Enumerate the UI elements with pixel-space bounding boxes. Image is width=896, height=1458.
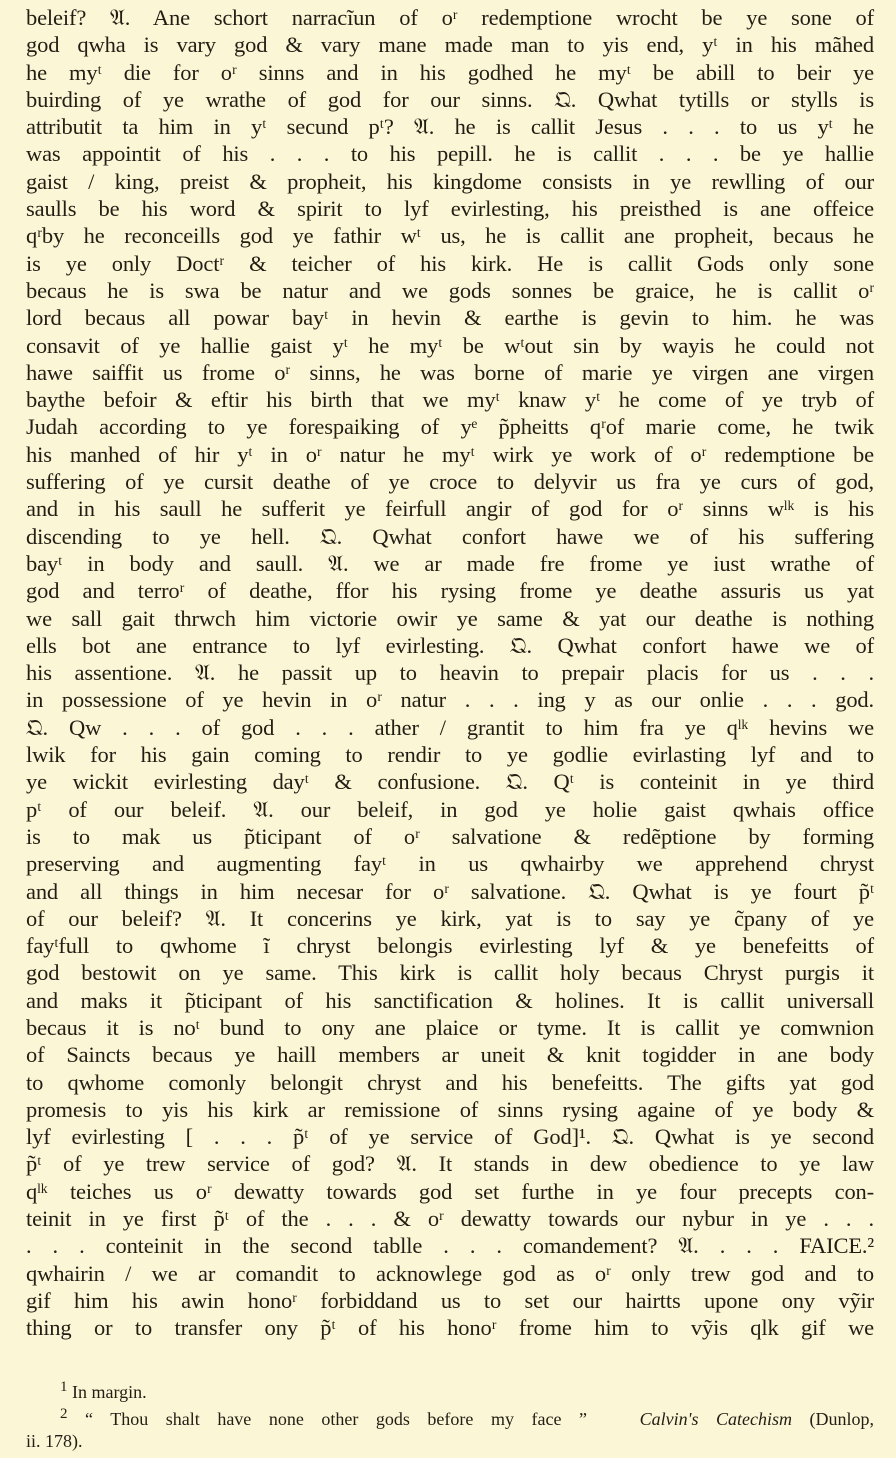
text-line: lord becaus all powar bayᵗ in hevin & ea… xyxy=(26,304,874,331)
text-line: we sall gait thrwch him victorie owir ye… xyxy=(26,605,874,632)
text-line: god qwha is vary god & vary mane made ma… xyxy=(26,31,874,58)
text-line: Judah according to ye forespaiking of yᵉ… xyxy=(26,413,874,440)
text-line: gaist / king, preist & propheit, his kin… xyxy=(26,168,874,195)
text-line: preserving and augmenting fayᵗ in us qwh… xyxy=(26,850,874,877)
text-line: gif him his awin honoʳ forbiddand us to … xyxy=(26,1287,874,1314)
text-line: god bestowit on ye same. This kirk is ca… xyxy=(26,959,874,986)
footnote-marker: 2 xyxy=(60,1406,68,1422)
footnotes: 1 In margin. 2 “ Thou shalt have none ot… xyxy=(26,1376,874,1452)
text-line: of Saincts becaus ye haill members ar un… xyxy=(26,1041,874,1068)
text-line: promesis to yis his kirk ar remissione o… xyxy=(26,1096,874,1123)
text-line: consavit of ye hallie gaist yᵗ he myᵗ be… xyxy=(26,332,874,359)
text-line: thing or to transfer ony p̃ᵗ of his hono… xyxy=(26,1314,874,1341)
text-line: is to mak us p̃ticipant of oʳ salvatione… xyxy=(26,823,874,850)
footnote-marker: 1 xyxy=(60,1379,68,1395)
text-line: lyf evirlesting [ . . . p̃ᵗ of ye servic… xyxy=(26,1123,874,1150)
text-line: attributit ta him in yᵗ secund pᵗ? 𝔄. he… xyxy=(26,113,874,140)
text-line: his assentione. 𝔄. he passit up to heavi… xyxy=(26,659,874,686)
text-line: hawe saiffit us frome oʳ sinns, he was b… xyxy=(26,359,874,386)
text-line: baythe befoir & eftir his birth that we … xyxy=(26,386,874,413)
footnote-text: “ Thou shalt have none other gods before… xyxy=(85,1409,587,1429)
text-line: and all things in him necesar for oʳ sal… xyxy=(26,878,874,905)
text-line: 𝔔. Qw . . . of god . . . ather / grantit… xyxy=(26,714,874,741)
document-page: beleif? 𝔄. Ane schort narracĩun of oʳ re… xyxy=(0,0,896,1458)
text-line: . . . conteinit in the second tablle . .… xyxy=(26,1232,874,1259)
text-line: in possessione of ye hevin in oʳ natur .… xyxy=(26,686,874,713)
text-line: and in his saull he sufferit ye feirfull… xyxy=(26,495,874,522)
text-line: discending to ye hell. 𝔔. Qwhat confort … xyxy=(26,523,874,550)
text-line: he myᵗ die for oʳ sinns and in his godhe… xyxy=(26,59,874,86)
text-line: p̃ᵗ of ye trew service of god? 𝔄. It sta… xyxy=(26,1150,874,1177)
text-line: is ye only Doctʳ & teicher of his kirk. … xyxy=(26,250,874,277)
text-line: qwhairin / we ar comandit to acknowlege … xyxy=(26,1260,874,1287)
footnote-2-continuation: ii. 178). xyxy=(26,1430,874,1452)
text-line: was appointit of his . . . to his pepill… xyxy=(26,140,874,167)
text-line: to qwhome comonly belongit chryst and hi… xyxy=(26,1069,874,1096)
text-line: lwik for his gain coming to rendir to ye… xyxy=(26,741,874,768)
text-line: of our beleif? 𝔄. It concerins ye kirk, … xyxy=(26,905,874,932)
text-line: qʳby he reconceills god ye fathir wᵗ us,… xyxy=(26,222,874,249)
text-line: fayᵗfull to qwhome ĩ chryst belongis evi… xyxy=(26,932,874,959)
text-line: teinit in ye first p̃ᵗ of the . . . & oʳ… xyxy=(26,1205,874,1232)
catechism-text: beleif? 𝔄. Ane schort narracĩun of oʳ re… xyxy=(26,4,874,1342)
text-line: ells bot ane entrance to lyf evirlesting… xyxy=(26,632,874,659)
text-line: ye wickit evirlesting dayᵗ & confusione.… xyxy=(26,768,874,795)
footnote-citation-rest: (Dunlop, xyxy=(810,1409,875,1429)
text-line: god and terroʳ of deathe, ffor his rysin… xyxy=(26,577,874,604)
text-line: qˡᵏ teiches us oʳ dewatty towards god se… xyxy=(26,1178,874,1205)
footnote-1: 1 In margin. xyxy=(26,1376,874,1403)
text-line: his manhed of hir yᵗ in oʳ natur he myᵗ … xyxy=(26,441,874,468)
footnote-citation: Calvin's Catechism xyxy=(640,1409,792,1429)
text-line: saulls be his word & spirit to lyf evirl… xyxy=(26,195,874,222)
text-line: becaus it is noᵗ bund to ony ane plaice … xyxy=(26,1014,874,1041)
text-line: and maks it p̃ticipant of his sanctifica… xyxy=(26,987,874,1014)
text-line: beleif? 𝔄. Ane schort narracĩun of oʳ re… xyxy=(26,4,874,31)
text-line: bayᵗ in body and saull. 𝔄. we ar made fr… xyxy=(26,550,874,577)
text-line: suffering of ye cursit deathe of ye croc… xyxy=(26,468,874,495)
text-line: pᵗ of our beleif. 𝔄. our beleif, in god … xyxy=(26,796,874,823)
footnote-2: 2 “ Thou shalt have none other gods befo… xyxy=(26,1403,874,1430)
text-line: buirding of ye wrathe of god for our sin… xyxy=(26,86,874,113)
footnote-text: In margin. xyxy=(72,1382,147,1402)
text-line: becaus he is swa be natur and we gods so… xyxy=(26,277,874,304)
